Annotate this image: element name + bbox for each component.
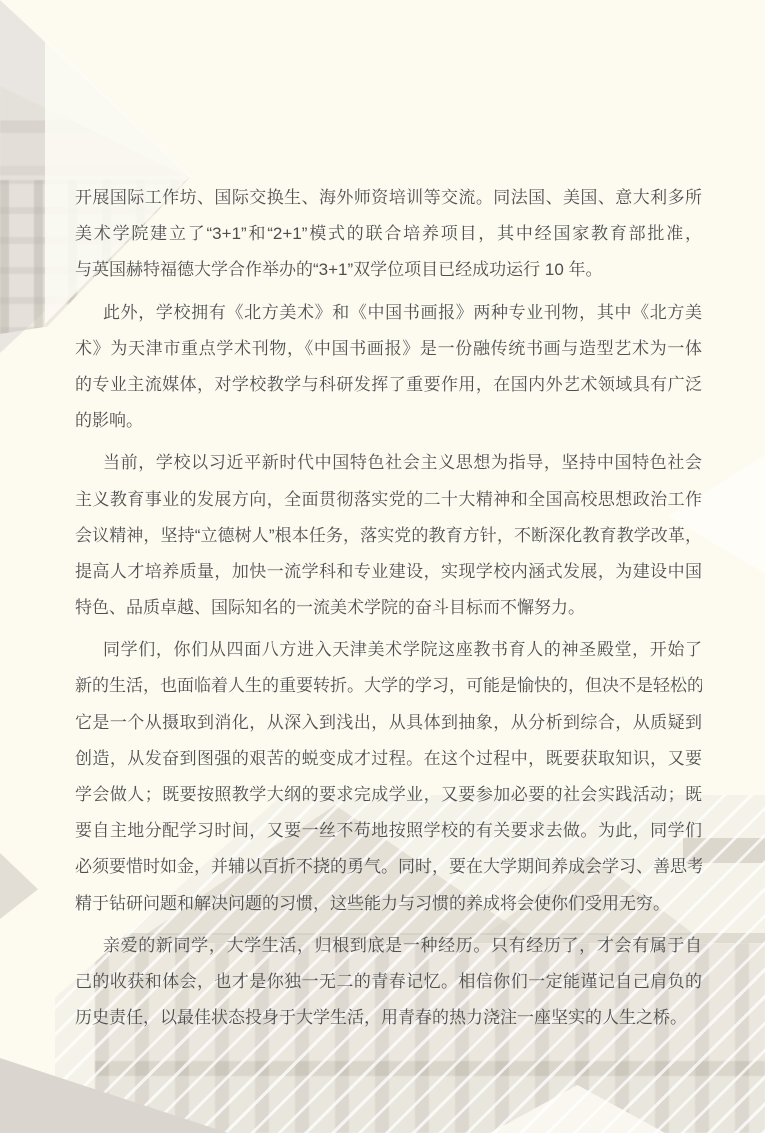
text-line: 会议精神，坚持“立德树人”根本任务，落实党的教育方针，不断深化教育教学改革， bbox=[75, 518, 702, 554]
text-line: 亲爱的新同学，大学生活，归根到底是一种经历。只有经历了，才会有属于自 bbox=[75, 928, 702, 964]
text-line: 的影响。 bbox=[75, 403, 702, 439]
text-line: 与英国赫特福德大学合作举办的“3+1”双学位项目已经成功运行 10 年。 bbox=[75, 252, 702, 288]
text-line: 的专业主流媒体，对学校教学与科研发挥了重要作用，在国内外艺术领域具有广泛 bbox=[75, 367, 702, 403]
text-line: 同学们，你们从四面八方进入天津美术学院这座教书育人的神圣殿堂，开始了 bbox=[75, 632, 702, 668]
text-line: 历史责任，以最佳状态投身于大学生活，用青春的热力浇注一座坚实的人生之桥。 bbox=[75, 1000, 702, 1036]
text-line: 新的生活，也面临着人生的重要转折。大学的学习，可能是愉快的，但决不是轻松的。 bbox=[75, 668, 702, 704]
text-line: 己的收获和体会，也才是你独一无二的青春记忆。相信你们一定能谨记自己肩负的 bbox=[75, 964, 702, 1000]
bright-gable-triangle bbox=[490, 1085, 665, 1133]
paragraph: 此外，学校拥有《北方美术》和《中国书画报》两种专业刊物，其中《北方美术》为天津市… bbox=[75, 295, 702, 440]
text-line: 美术学院建立了“3+1”和“2+1”模式的联合培养项目，其中经国家教育部批准， bbox=[75, 216, 702, 252]
text-line: 主义教育事业的发展方向，全面贯彻落实党的二十大精神和全国高校思想政治工作 bbox=[75, 482, 702, 518]
text-line: 它是一个从摄取到消化，从深入到浅出，从具体到抽象，从分析到综合，从质疑到 bbox=[75, 705, 702, 741]
text-line: 创造，从发奋到图强的艰苦的蜕变成才过程。在这个过程中，既要获取知识，又要 bbox=[75, 741, 702, 777]
text-line: 精于钻研问题和解决问题的习惯，这些能力与习惯的养成将会使你们受用无穷。 bbox=[75, 886, 702, 922]
text-line: 学会做人；既要按照教学大纲的要求完成学业，又要参加必要的社会实践活动；既 bbox=[75, 777, 702, 813]
document-page: 开展国际工作坊、国际交换生、海外师资培训等交流。同法国、美国、意大利多所美术学院… bbox=[0, 0, 765, 1133]
text-line: 术》为天津市重点学术刊物，《中国书画报》是一份融传统书画与造型艺术为一体 bbox=[75, 331, 702, 367]
paragraph: 同学们，你们从四面八方进入天津美术学院这座教书育人的神圣殿堂，开始了新的生活，也… bbox=[75, 632, 702, 922]
text-line: 提高人才培养质量，加快一流学科和专业建设，实现学校内涵式发展，为建设中国 bbox=[75, 554, 702, 590]
letter-body: 开展国际工作坊、国际交换生、海外师资培训等交流。同法国、美国、意大利多所美术学院… bbox=[75, 180, 702, 1036]
text-line: 必须要惜时如金，并辅以百折不挠的勇气。同时，要在大学期间养成会学习、善思考、 bbox=[75, 849, 702, 885]
text-line: 开展国际工作坊、国际交换生、海外师资培训等交流。同法国、美国、意大利多所 bbox=[75, 180, 702, 216]
paragraph: 当前，学校以习近平新时代中国特色社会主义思想为指导，坚持中国特色社会主义教育事业… bbox=[75, 445, 702, 626]
text-line: 要自主地分配学习时间，又要一丝不苟地按照学校的有关要求去做。为此，同学们 bbox=[75, 813, 702, 849]
text-line: 特色、品质卓越、国际知名的一流美术学院的奋斗目标而不懈努力。 bbox=[75, 590, 702, 626]
text-line: 当前，学校以习近平新时代中国特色社会主义思想为指导，坚持中国特色社会 bbox=[75, 445, 702, 481]
paragraph: 亲爱的新同学，大学生活，归根到底是一种经历。只有经历了，才会有属于自己的收获和体… bbox=[75, 928, 702, 1037]
bottom-left-gray-triangle bbox=[0, 1058, 228, 1133]
left-margin-gray-wedge bbox=[0, 853, 38, 919]
paragraph: 开展国际工作坊、国际交换生、海外师资培训等交流。同法国、美国、意大利多所美术学院… bbox=[75, 180, 702, 289]
text-line: 此外，学校拥有《北方美术》和《中国书画报》两种专业刊物，其中《北方美 bbox=[75, 295, 702, 331]
